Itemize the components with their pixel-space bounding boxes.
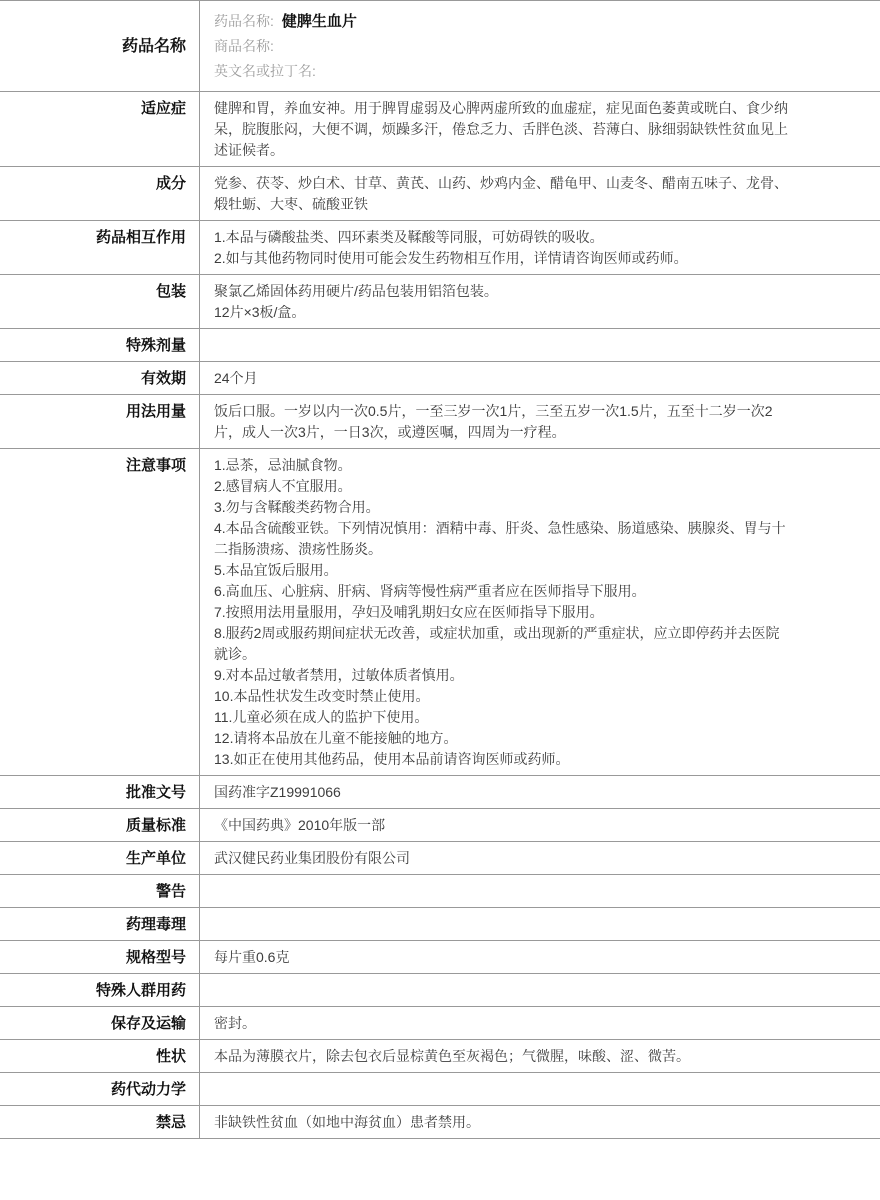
- english-name-label: 英文名或拉丁名:: [214, 63, 316, 79]
- row-precautions: 注意事项 1.忌茶，忌油腻食物。 2.感冒病人不宜服用。 3.勿与含鞣酸类药物合…: [0, 449, 880, 776]
- row-usage-dosage: 用法用量 饭后口服。一岁以内一次0.5片，一至三岁一次1片，三至五岁一次1.5片…: [0, 395, 880, 449]
- special-populations-label: 特殊人群用药: [0, 974, 200, 1006]
- pharmacokinetics-label: 药代动力学: [0, 1073, 200, 1105]
- drug-interactions-value: 1.本品与磷酸盐类、四环素类及鞣酸等同服，可妨碍铁的吸收。 2.如与其他药物同时…: [200, 221, 880, 274]
- drug-info-table: 药品名称 药品名称:健脾生血片 商品名称: 英文名或拉丁名: 适应症 健脾和胃，…: [0, 0, 880, 1139]
- row-validity-period: 有效期 24个月: [0, 362, 880, 395]
- row-specification: 规格型号 每片重0.6克: [0, 941, 880, 974]
- row-manufacturer: 生产单位 武汉健民药业集团股份有限公司: [0, 842, 880, 875]
- row-quality-standard: 质量标准 《中国药典》2010年版一部: [0, 809, 880, 842]
- validity-period-value: 24个月: [200, 362, 880, 394]
- trade-name-field: 商品名称:: [214, 34, 790, 59]
- generic-name-field: 药品名称:健脾生血片: [214, 9, 790, 34]
- row-drug-interactions: 药品相互作用 1.本品与磷酸盐类、四环素类及鞣酸等同服，可妨碍铁的吸收。 2.如…: [0, 221, 880, 275]
- warning-label: 警告: [0, 875, 200, 907]
- pharmacology-toxicology-label: 药理毒理: [0, 908, 200, 940]
- pharmacokinetics-value: [200, 1073, 880, 1105]
- special-dosage-value: [200, 329, 880, 361]
- english-name-field: 英文名或拉丁名:: [214, 59, 790, 84]
- storage-transport-label: 保存及运输: [0, 1007, 200, 1039]
- storage-transport-value: 密封。: [200, 1007, 880, 1039]
- specification-value: 每片重0.6克: [200, 941, 880, 973]
- manufacturer-value: 武汉健民药业集团股份有限公司: [200, 842, 880, 874]
- indications-value: 健脾和胃，养血安神。用于脾胃虚弱及心脾两虚所致的血虚症，症见面色萎黄或晄白、食少…: [200, 92, 880, 166]
- description-label: 性状: [0, 1040, 200, 1072]
- specification-label: 规格型号: [0, 941, 200, 973]
- generic-name-value: 健脾生血片: [282, 13, 357, 30]
- contraindications-value: 非缺铁性贫血（如地中海贫血）患者禁用。: [200, 1106, 880, 1138]
- row-warning: 警告: [0, 875, 880, 908]
- precautions-value: 1.忌茶，忌油腻食物。 2.感冒病人不宜服用。 3.勿与含鞣酸类药物合用。 4.…: [200, 449, 880, 775]
- row-special-dosage: 特殊剂量: [0, 329, 880, 362]
- row-special-populations: 特殊人群用药: [0, 974, 880, 1007]
- row-pharmacokinetics: 药代动力学: [0, 1073, 880, 1106]
- manufacturer-label: 生产单位: [0, 842, 200, 874]
- approval-number-label: 批准文号: [0, 776, 200, 808]
- validity-period-label: 有效期: [0, 362, 200, 394]
- quality-standard-label: 质量标准: [0, 809, 200, 841]
- pharmacology-toxicology-value: [200, 908, 880, 940]
- drug-interactions-label: 药品相互作用: [0, 221, 200, 274]
- generic-name-label: 药品名称:: [214, 13, 274, 29]
- special-dosage-label: 特殊剂量: [0, 329, 200, 361]
- row-approval-number: 批准文号 国药准字Z19991066: [0, 776, 880, 809]
- row-indications: 适应症 健脾和胃，养血安神。用于脾胃虚弱及心脾两虚所致的血虚症，症见面色萎黄或晄…: [0, 92, 880, 167]
- packaging-label: 包装: [0, 275, 200, 328]
- ingredients-label: 成分: [0, 167, 200, 220]
- row-ingredients: 成分 党参、茯苓、炒白术、甘草、黄芪、山药、炒鸡内金、醋龟甲、山麦冬、醋南五味子…: [0, 167, 880, 221]
- row-contraindications: 禁忌 非缺铁性贫血（如地中海贫血）患者禁用。: [0, 1106, 880, 1139]
- warning-value: [200, 875, 880, 907]
- special-populations-value: [200, 974, 880, 1006]
- indications-label: 适应症: [0, 92, 200, 166]
- contraindications-label: 禁忌: [0, 1106, 200, 1138]
- row-drug-name: 药品名称 药品名称:健脾生血片 商品名称: 英文名或拉丁名:: [0, 1, 880, 92]
- row-packaging: 包装 聚氯乙烯固体药用硬片/药品包装用铝箔包装。 12片×3板/盒。: [0, 275, 880, 329]
- quality-standard-value: 《中国药典》2010年版一部: [200, 809, 880, 841]
- row-description: 性状 本品为薄膜衣片，除去包衣后显棕黄色至灰褐色；气微腥，味酸、涩、微苦。: [0, 1040, 880, 1073]
- drug-name-cell: 药品名称:健脾生血片 商品名称: 英文名或拉丁名:: [200, 1, 880, 91]
- row-pharmacology-toxicology: 药理毒理: [0, 908, 880, 941]
- ingredients-value: 党参、茯苓、炒白术、甘草、黄芪、山药、炒鸡内金、醋龟甲、山麦冬、醋南五味子、龙骨…: [200, 167, 880, 220]
- drug-name-row-label: 药品名称: [0, 1, 200, 91]
- usage-dosage-value: 饭后口服。一岁以内一次0.5片，一至三岁一次1片，三至五岁一次1.5片，五至十二…: [200, 395, 880, 448]
- description-value: 本品为薄膜衣片，除去包衣后显棕黄色至灰褐色；气微腥，味酸、涩、微苦。: [200, 1040, 880, 1072]
- packaging-value: 聚氯乙烯固体药用硬片/药品包装用铝箔包装。 12片×3板/盒。: [200, 275, 880, 328]
- approval-number-value: 国药准字Z19991066: [200, 776, 880, 808]
- usage-dosage-label: 用法用量: [0, 395, 200, 448]
- row-storage-transport: 保存及运输 密封。: [0, 1007, 880, 1040]
- precautions-label: 注意事项: [0, 449, 200, 775]
- trade-name-label: 商品名称:: [214, 38, 274, 54]
